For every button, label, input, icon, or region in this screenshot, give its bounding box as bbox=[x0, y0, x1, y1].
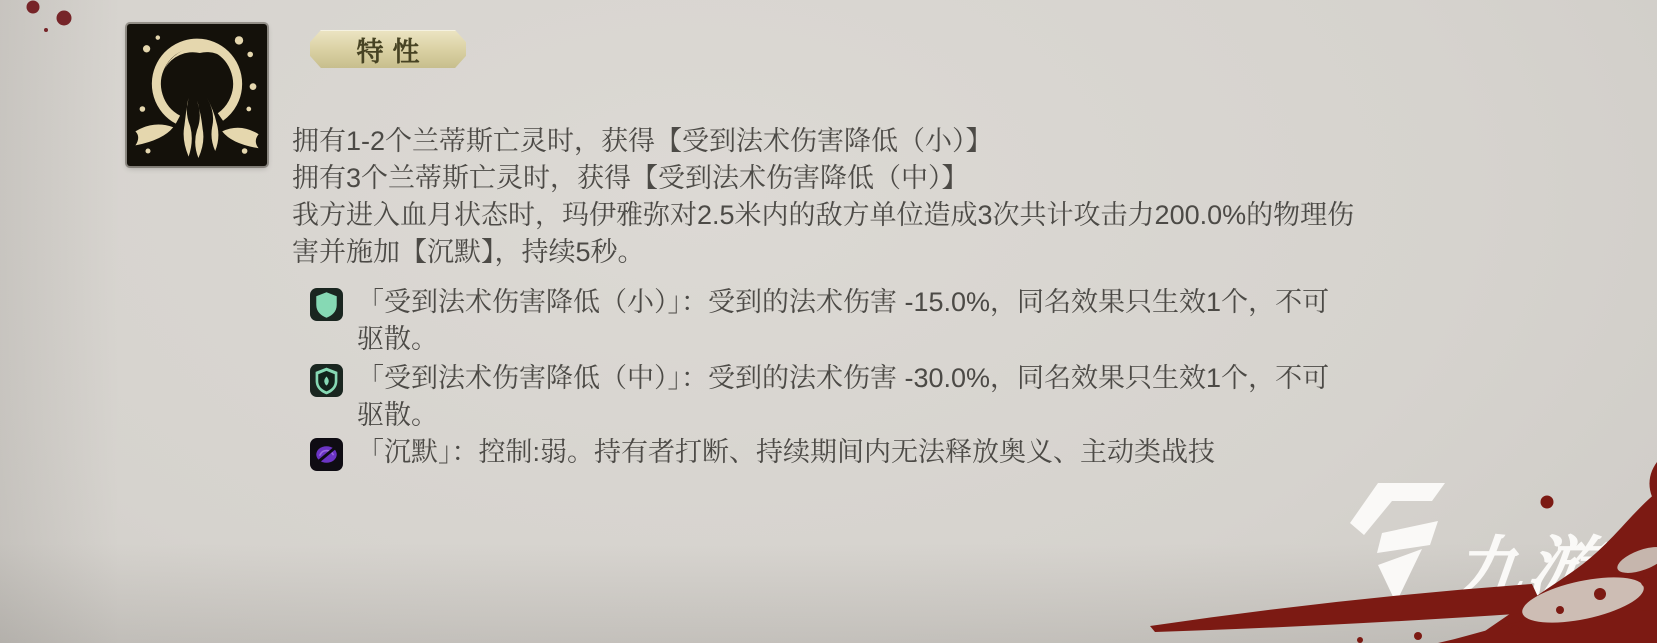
shield-flame-icon bbox=[310, 364, 343, 397]
shield-icon bbox=[310, 288, 343, 321]
section-banner: 特性 bbox=[310, 30, 466, 68]
description-line: 我方进入血月状态时，玛伊雅弥对2.5米内的敌方单位造成3次共计攻击力200.0%… bbox=[292, 197, 1354, 234]
description-line: 害并施加【沉默】，持续5秒。 bbox=[292, 234, 1354, 271]
silence-icon bbox=[310, 438, 343, 471]
effect-line: 「沉默」：控制:弱。持有者打断、持续期间内无法释放奥义、主动类战技 bbox=[357, 434, 1215, 471]
jellyfish-spirit-trait-icon bbox=[127, 24, 267, 166]
jiuyou-logo-text: 九游 bbox=[1447, 512, 1608, 616]
effect-item-spell-dmg-reduction-small: 「受到法术伤害降低（小）」：受到的法术伤害 -15.0%，同名效果只生效1个，不… bbox=[310, 284, 1329, 358]
effect-item-silence: 「沉默」：控制:弱。持有者打断、持续期间内无法释放奥义、主动类战技 bbox=[310, 434, 1215, 471]
jiuyou-watermark: 九游 bbox=[1332, 460, 1652, 630]
effect-text: 「受到法术伤害降低（小）」：受到的法术伤害 -15.0%，同名效果只生效1个，不… bbox=[357, 284, 1329, 358]
section-title: 特性 bbox=[348, 30, 429, 69]
jiuyou-logo-icon bbox=[1348, 478, 1448, 608]
description-line: 拥有3个兰蒂斯亡灵时，获得【受到法术伤害降低（中）】 bbox=[292, 160, 1354, 197]
game-trait-panel: 特性 拥有1-2个兰蒂斯亡灵时，获得【受到法术伤害降低（小）】 拥有3个兰蒂斯亡… bbox=[0, 0, 1657, 643]
effect-line: 「受到法术伤害降低（小）」：受到的法术伤害 -15.0%，同名效果只生效1个，不… bbox=[357, 284, 1329, 321]
effect-line: 驱散。 bbox=[357, 397, 1329, 434]
trait-description: 拥有1-2个兰蒂斯亡灵时，获得【受到法术伤害降低（小）】 拥有3个兰蒂斯亡灵时，… bbox=[292, 123, 1354, 271]
effect-text: 「受到法术伤害降低（中）」：受到的法术伤害 -30.0%，同名效果只生效1个，不… bbox=[357, 360, 1329, 434]
effect-line: 「受到法术伤害降低（中）」：受到的法术伤害 -30.0%，同名效果只生效1个，不… bbox=[357, 360, 1329, 397]
effect-text: 「沉默」：控制:弱。持有者打断、持续期间内无法释放奥义、主动类战技 bbox=[357, 434, 1215, 471]
effect-line: 驱散。 bbox=[357, 321, 1329, 358]
effect-item-spell-dmg-reduction-medium: 「受到法术伤害降低（中）」：受到的法术伤害 -30.0%，同名效果只生效1个，不… bbox=[310, 360, 1329, 434]
description-line: 拥有1-2个兰蒂斯亡灵时，获得【受到法术伤害降低（小）】 bbox=[292, 123, 1354, 160]
